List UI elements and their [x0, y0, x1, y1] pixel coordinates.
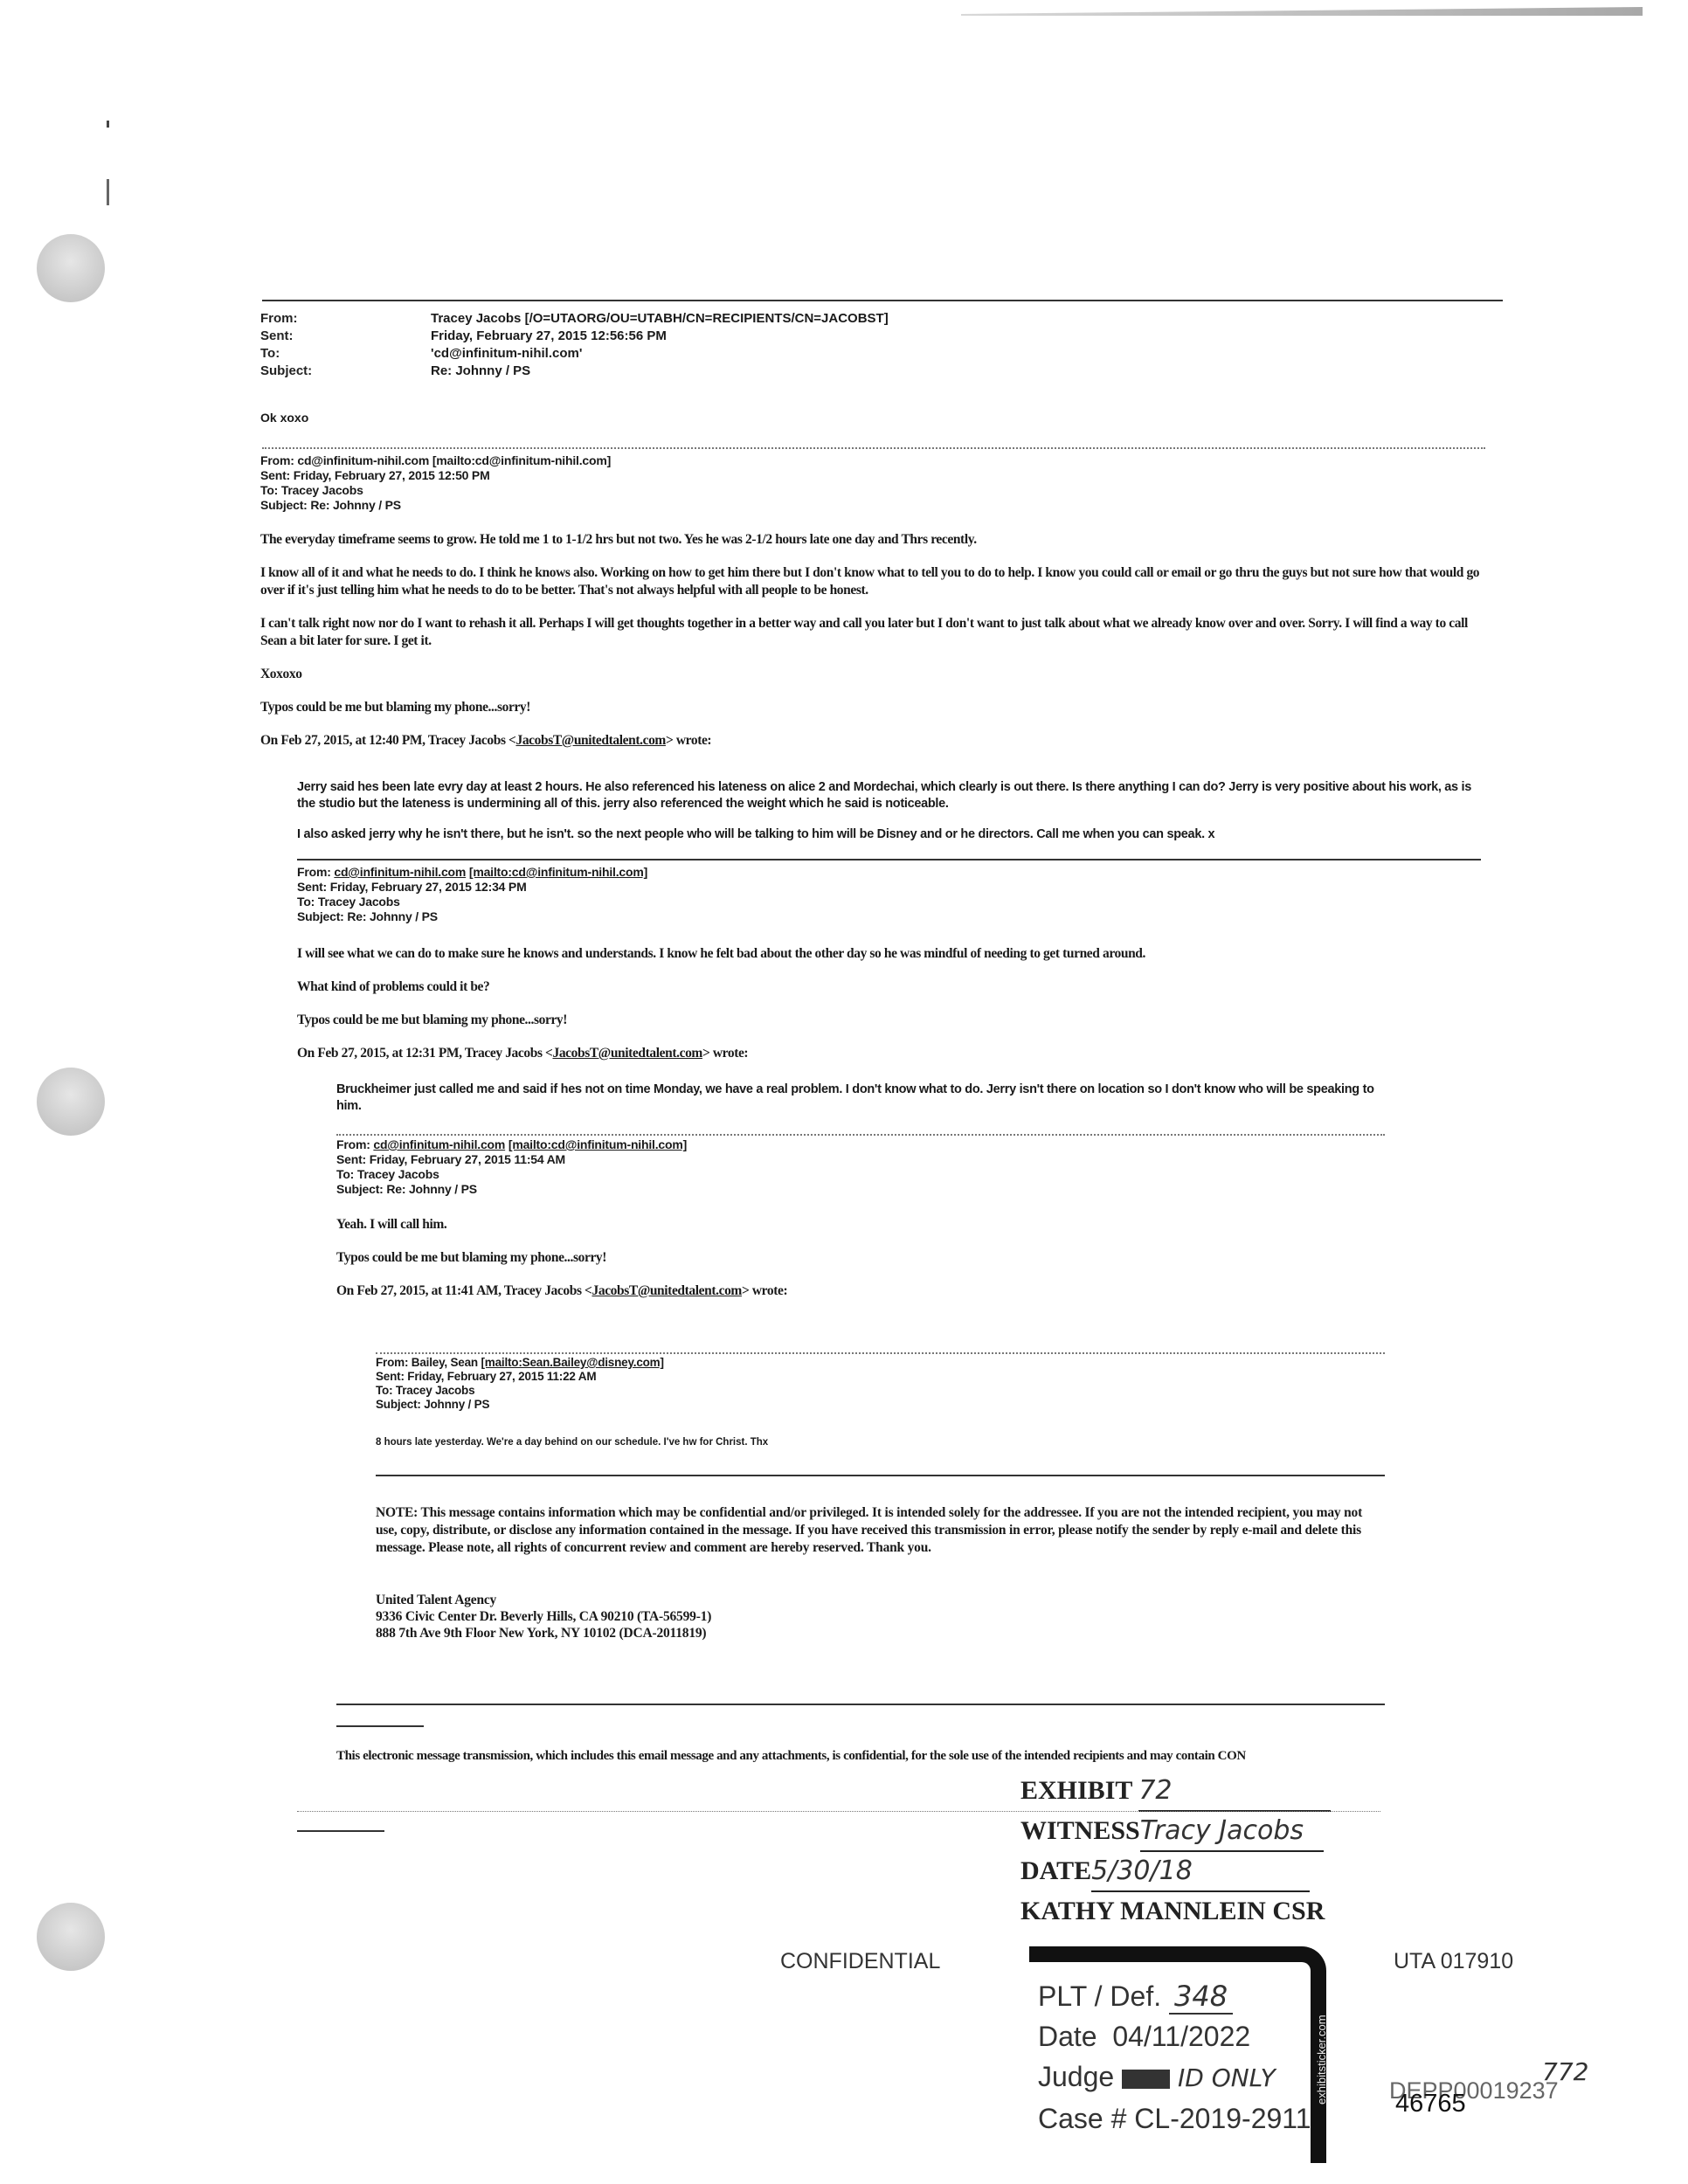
exhibit-sticker: exhibitsticker.com PLT / Def. 348 Date 0…: [1029, 1946, 1326, 2163]
separator: [336, 1704, 1385, 1705]
paragraph: I also asked jerry why he isn't there, b…: [297, 826, 1485, 843]
attribution-text: On Feb 27, 2015, at 12:40 PM, Tracey Jac…: [260, 733, 515, 748]
msg-subject: Subject: Re: Johnny / PS: [297, 909, 647, 924]
quote-attribution: On Feb 27, 2015, at 12:40 PM, Tracey Jac…: [260, 732, 1484, 750]
email-link[interactable]: JacobsT@unitedtalent.com: [552, 1046, 702, 1061]
party-label: PLT / Def.: [1038, 1980, 1161, 2012]
sent-label: Sent:: [260, 328, 431, 343]
separator: [297, 859, 1481, 860]
message-body: I will see what we can do to make sure h…: [297, 945, 1485, 1062]
subject-value: Re: Johnny / PS: [431, 363, 1484, 378]
exhibit-value: 72: [1138, 1772, 1331, 1812]
confidential-label: CONFIDENTIAL: [780, 1949, 940, 1974]
quoted-message: Jerry said hes been late evry day at lea…: [297, 779, 1485, 843]
paragraph: Typos could be me but blaming my phone..…: [297, 1012, 1485, 1029]
attribution-text: On Feb 27, 2015, at 12:31 PM, Tracey Jac…: [297, 1046, 552, 1061]
paragraph: What kind of problems could it be?: [297, 978, 1485, 996]
address-line: 9336 Civic Center Dr. Beverly Hills, CA …: [376, 1608, 711, 1625]
party-line: PLT / Def. 348: [1038, 1976, 1311, 2016]
mailto-link[interactable]: [mailto:cd@infinitum-nihil.com]: [508, 1137, 687, 1151]
email-header: From: Tracey Jacobs [/O=UTAORG/OU=UTABH/…: [260, 311, 1484, 378]
email-link[interactable]: JacobsT@unitedtalent.com: [515, 733, 665, 748]
from-value: Tracey Jacobs [/O=UTAORG/OU=UTABH/CN=REC…: [431, 311, 1484, 326]
quote-attribution: On Feb 27, 2015, at 11:41 AM, Tracey Jac…: [336, 1282, 1472, 1300]
msg-to: To: Tracey Jacobs: [297, 895, 647, 909]
email-link[interactable]: cd@infinitum-nihil.com: [334, 865, 466, 879]
witness-value: Tracy Jacobs: [1140, 1812, 1324, 1852]
paragraph: Xoxoxo: [260, 666, 1484, 683]
message-header: From: cd@infinitum-nihil.com [mailto:cd@…: [336, 1137, 687, 1197]
to-label: To:: [260, 346, 431, 361]
paragraph: Jerry said hes been late evry day at lea…: [297, 779, 1485, 812]
handwritten-mark: 772: [1542, 2057, 1588, 2086]
msg-sent: Sent: Friday, February 27, 2015 11:22 AM: [376, 1370, 664, 1384]
to-value: 'cd@infinitum-nihil.com': [431, 346, 1484, 361]
witness-label: WITNESS: [1020, 1816, 1140, 1845]
case-line: Case # CL-2019-2911: [1038, 2098, 1311, 2139]
sticker-brand: exhibitsticker.com: [1315, 1981, 1328, 2139]
subject-label: Subject:: [260, 363, 431, 378]
paragraph: Bruckheimer just called me and said if h…: [336, 1082, 1394, 1115]
msg-sent: Sent: Friday, February 27, 2015 12:34 PM: [297, 880, 647, 895]
date-value: 04/11/2022: [1112, 2021, 1250, 2052]
uta-bates-number: UTA 017910: [1394, 1949, 1513, 1974]
message-header: From: cd@infinitum-nihil.com [mailto:cd@…: [260, 453, 611, 513]
sticker-fields: PLT / Def. 348 Date 04/11/2022 Judge ID …: [1038, 1976, 1311, 2139]
punch-hole-top: [37, 234, 105, 302]
header-rule: [262, 300, 1503, 301]
witness-line: WITNESSTracy Jacobs: [1020, 1812, 1370, 1852]
paragraph: The everyday timeframe seems to grow. He…: [260, 531, 1484, 549]
scan-edge-shadow: [961, 7, 1643, 16]
case-value: CL-2019-2911: [1134, 2103, 1311, 2134]
paragraph: Typos could be me but blaming my phone..…: [260, 699, 1484, 716]
from-prefix: From:: [297, 865, 334, 879]
exhibit-stamp: EXHIBIT 72 WITNESSTracy Jacobs DATE5/30/…: [1020, 1772, 1370, 1931]
email-link[interactable]: JacobsT@unitedtalent.com: [592, 1283, 742, 1298]
message-header: From: Bailey, Sean [mailto:Sean.Bailey@d…: [376, 1356, 664, 1412]
separator: [376, 1352, 1385, 1354]
separator: [262, 447, 1485, 449]
from-prefix: From:: [336, 1137, 373, 1151]
paragraph: I can't talk right now nor do I want to …: [260, 615, 1484, 650]
exhibit-label: EXHIBIT: [1020, 1776, 1132, 1805]
court-reporter: KATHY MANNLEIN CSR: [1020, 1892, 1370, 1931]
separator: [336, 1134, 1385, 1136]
mailto-link[interactable]: [mailto:cd@infinitum-nihil.com]: [469, 865, 647, 879]
date-line: DATE5/30/18: [1020, 1852, 1370, 1892]
attribution-text: > wrote:: [742, 1283, 787, 1298]
paragraph: Yeah. I will call him.: [336, 1216, 1472, 1234]
msg-to: To: Tracey Jacobs: [376, 1384, 664, 1398]
date-value: 5/30/18: [1091, 1852, 1310, 1892]
message-header: From: cd@infinitum-nihil.com [mailto:cd@…: [297, 865, 647, 924]
paragraph: Typos could be me but blaming my phone..…: [336, 1249, 1472, 1267]
scan-speck: [107, 121, 109, 128]
judge-note: ID ONLY: [1178, 2063, 1276, 2092]
attribution-text: > wrote:: [666, 733, 711, 748]
party-value: 348: [1169, 1980, 1233, 2015]
message-body: 8 hours late yesterday. We're a day behi…: [376, 1437, 768, 1448]
date-line: Date 04/11/2022: [1038, 2016, 1311, 2056]
confidentiality-notice: NOTE: This message contains information …: [376, 1504, 1380, 1557]
msg-subject: Subject: Re: Johnny / PS: [260, 498, 611, 513]
date-label: Date: [1038, 2021, 1097, 2052]
date-label: DATE: [1020, 1856, 1091, 1885]
msg-sent: Sent: Friday, February 27, 2015 11:54 AM: [336, 1152, 687, 1167]
exhibit-line: EXHIBIT 72: [1020, 1772, 1370, 1812]
paragraph: I know all of it and what he needs to do…: [260, 564, 1484, 599]
message-body: Yeah. I will call him. Typos could be me…: [336, 1216, 1472, 1300]
msg-sent: Sent: Friday, February 27, 2015 12:50 PM: [260, 468, 611, 483]
org-name: United Talent Agency: [376, 1592, 711, 1608]
email-link[interactable]: cd@infinitum-nihil.com: [373, 1137, 505, 1151]
msg-from: From: Bailey, Sean [mailto:Sean.Bailey@d…: [376, 1356, 664, 1370]
punch-hole-middle: [37, 1068, 105, 1136]
msg-from: From: cd@infinitum-nihil.com [mailto:cd@…: [336, 1137, 687, 1152]
quoted-message: Bruckheimer just called me and said if h…: [336, 1082, 1394, 1115]
separator-short: [336, 1725, 424, 1727]
msg-from: From: cd@infinitum-nihil.com [mailto:cd@…: [260, 453, 611, 468]
msg-to: To: Tracey Jacobs: [260, 483, 611, 498]
msg-from: From: cd@infinitum-nihil.com [mailto:cd@…: [297, 865, 647, 880]
judge-line: Judge ID ONLY: [1038, 2056, 1311, 2098]
case-label: Case #: [1038, 2103, 1126, 2134]
redaction-block: [1122, 2070, 1170, 2089]
mailto-link[interactable]: [mailto:Sean.Bailey@disney.com]: [481, 1356, 664, 1369]
punch-hole-bottom: [37, 1903, 105, 1971]
msg-subject: Subject: Johnny / PS: [376, 1398, 664, 1412]
overlay-number: 46765: [1395, 2090, 1466, 2118]
from-prefix: From: Bailey, Sean: [376, 1356, 481, 1369]
footer-disclaimer: This electronic message transmission, wh…: [336, 1747, 1603, 1765]
from-label: From:: [260, 311, 431, 326]
scan-speck: [107, 179, 109, 205]
scan-separator: [297, 1811, 1380, 1812]
reply-body: Ok xoxo: [260, 411, 308, 425]
paragraph: I will see what we can do to make sure h…: [297, 945, 1485, 963]
sent-value: Friday, February 27, 2015 12:56:56 PM: [431, 328, 1484, 343]
attribution-text: > wrote:: [702, 1046, 748, 1061]
signature-block: United Talent Agency 9336 Civic Center D…: [376, 1592, 711, 1641]
judge-label: Judge: [1038, 2061, 1114, 2092]
msg-to: To: Tracey Jacobs: [336, 1167, 687, 1182]
separator-short: [297, 1830, 384, 1832]
address-line: 888 7th Ave 9th Floor New York, NY 10102…: [376, 1625, 711, 1641]
attribution-text: On Feb 27, 2015, at 11:41 AM, Tracey Jac…: [336, 1283, 592, 1298]
msg-subject: Subject: Re: Johnny / PS: [336, 1182, 687, 1197]
quote-attribution: On Feb 27, 2015, at 12:31 PM, Tracey Jac…: [297, 1045, 1485, 1062]
separator: [376, 1475, 1385, 1476]
message-body: The everyday timeframe seems to grow. He…: [260, 531, 1484, 750]
